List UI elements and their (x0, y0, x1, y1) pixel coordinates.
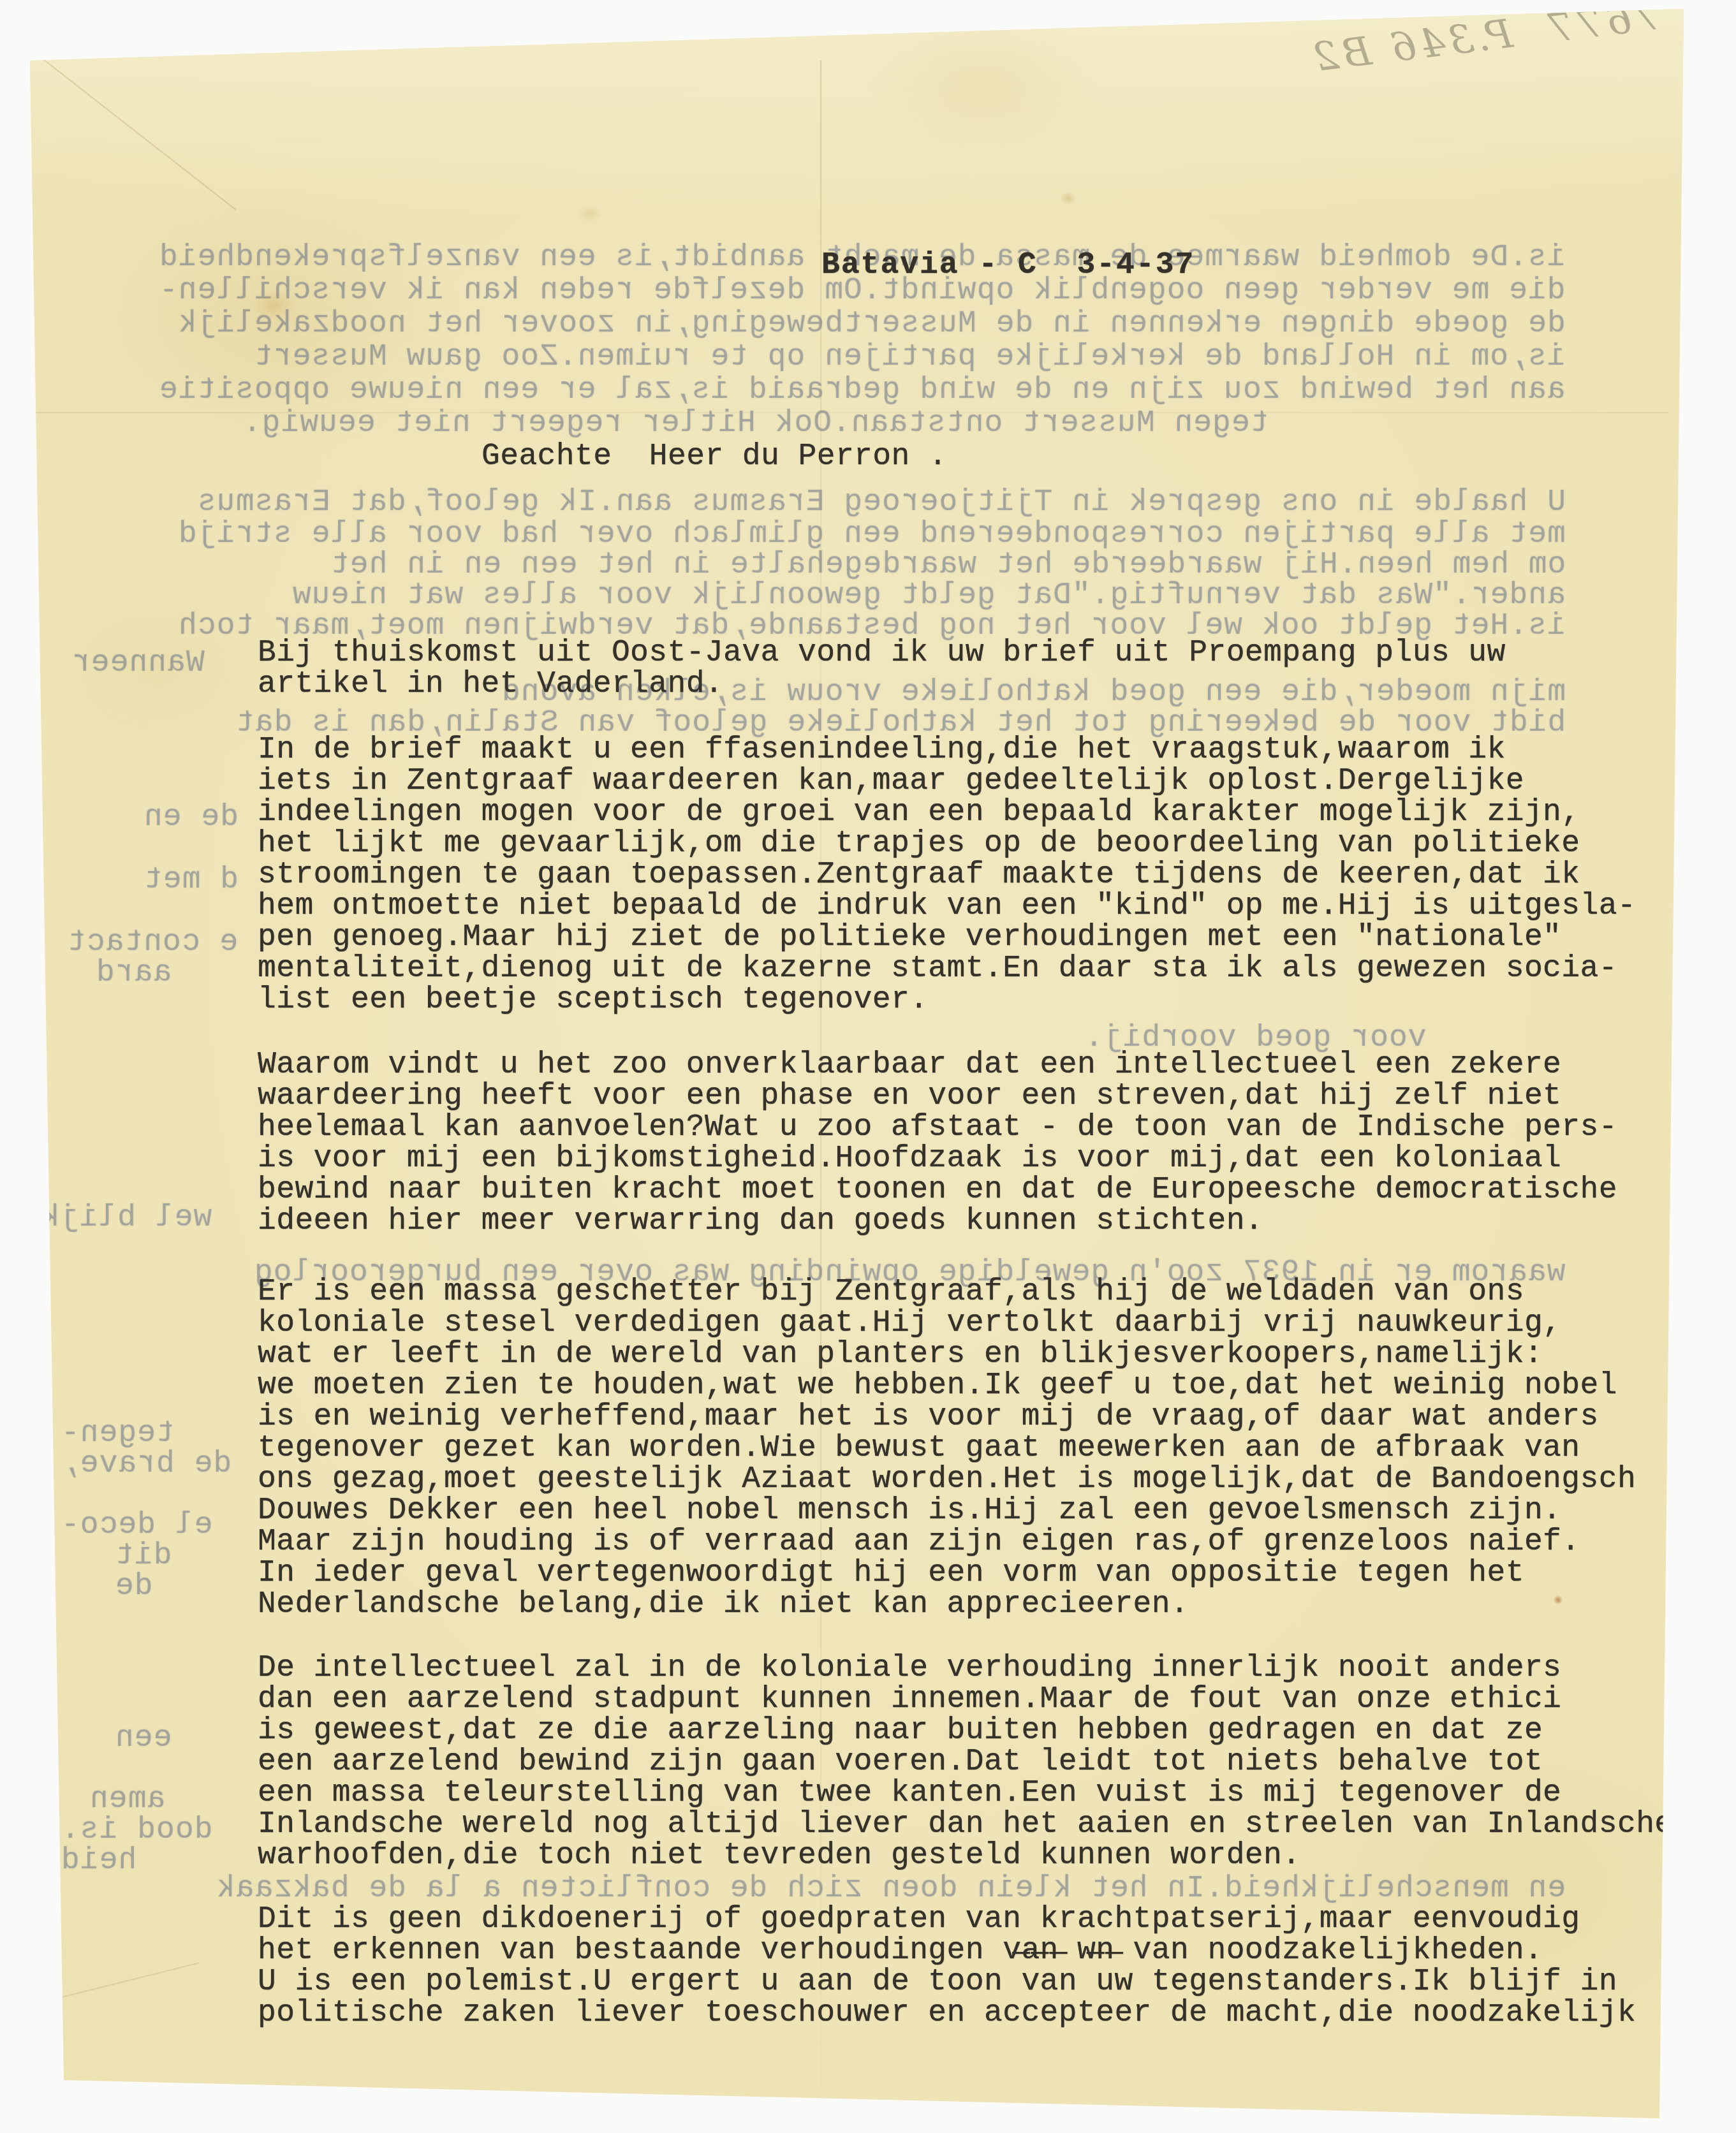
bleedthrough-fragment: dood is. (61, 1815, 212, 1846)
typewritten-line: het lijkt me gevaarlijk,om die trapjes o… (258, 828, 1636, 860)
typewritten-line: ons gezag,moet geestelijk Aziaat worden.… (258, 1464, 1636, 1495)
bleedthrough-fragment: d met (143, 865, 239, 896)
bleedthrough-fragment: tegen Mussert ontstaan.Ook Hitler regeer… (242, 408, 1269, 439)
typewritten-line: heelemaal kan aanvoelen?Wat u zoo afstaa… (258, 1112, 1617, 1143)
typewritten-line: indeelingen mogen voor de groei van een … (258, 797, 1636, 828)
paper-crease-bottom (38, 1962, 200, 2004)
dateline: Batavia - C 3-4-37 (821, 250, 1195, 281)
bleedthrough-line: en menschelijkheid.In het klein doen zic… (216, 1873, 1566, 1905)
typewritten-line: waardeering heeft voor een phase en voor… (258, 1081, 1617, 1112)
bleedthrough-fragment: Wanneer (71, 648, 205, 679)
paper-stain (1060, 191, 1077, 205)
bleedthrough-fragment: de (115, 1571, 153, 1602)
letter-paragraph: Waarom vindt u het zoo onverklaarbaar da… (258, 1050, 1617, 1237)
bleedthrough-fragment: amen (89, 1784, 165, 1815)
letter-paragraph: Er is een massa geschetter bij Zentgraaf… (258, 1277, 1636, 1620)
typewritten-line: warhoofden,die toch niet tevreden gestel… (258, 1840, 1673, 1872)
letter-paragraph: Bij thuiskomst uit Oost-Java vond ik uw … (258, 638, 1506, 700)
typewritten-line: De intellectueel zal in de koloniale ver… (258, 1653, 1673, 1684)
typewritten-line: Waarom vindt u het zoo onverklaarbaar da… (258, 1050, 1617, 1081)
typewritten-line: ideeen hier meer verwarring dan goeds ku… (258, 1206, 1617, 1237)
typewritten-line: In ieder geval vertegenwoordigt hij een … (258, 1558, 1636, 1589)
typewritten-line: Douwes Dekker een heel nobel mensch is.H… (258, 1495, 1636, 1527)
bleedthrough-fragment: el deco- (61, 1510, 212, 1541)
bleedthrough-line: met alle partijen correspondeerend een g… (178, 519, 1566, 550)
typewritten-line: dan een aarzelend stadpunt kunnen inneme… (258, 1684, 1673, 1715)
letter-page: is.De domheid waarmee de massa de macht … (0, 0, 1736, 2133)
typewritten-line: Maar zijn houding is of verraad aan zijn… (258, 1527, 1636, 1558)
typewritten-line: Bij thuiskomst uit Oost-Java vond ik uw … (258, 638, 1506, 669)
bleedthrough-fragment: de brave, (61, 1449, 232, 1480)
typewritten-line: een aarzelend bewind zijn gaan voeren.Da… (258, 1747, 1673, 1778)
typewritten-line: stroomingen te gaan toepassen.Zentgraaf … (258, 860, 1636, 891)
bleedthrough-line: de goede dingen erkennen in de Mussertbe… (178, 309, 1566, 340)
typewritten-line: U is een polemist.U ergert u aan de toon… (258, 1967, 1636, 1998)
typewritten-line: bewind naar buiten kracht moet toonen en… (258, 1175, 1617, 1206)
typewritten-line: het erkennen van bestaande verhoudingen … (258, 1935, 1636, 1967)
typewritten-line: koloniale stesel verdedigen gaat.Hij ver… (258, 1308, 1636, 1339)
typewritten-line: we moeten zien te houden,wat we hebben.I… (258, 1370, 1636, 1402)
typewritten-line: pen genoeg.Maar hij ziet de politieke ve… (258, 922, 1636, 953)
paper-stain (252, 290, 297, 321)
typewritten-line: is geweest,dat ze die aarzeling naar bui… (258, 1715, 1673, 1747)
bleedthrough-fragment: wel blijk (41, 1203, 212, 1234)
letter-paragraph: Dit is geen dikdoenerij of goedpraten va… (258, 1904, 1636, 2029)
typewritten-line: artikel in het Vaderland. (258, 669, 1506, 700)
paper-stain (577, 205, 603, 222)
typewritten-line: is en weinig verheffend,maar het is voor… (258, 1402, 1636, 1433)
typewritten-line: een massa teleurstelling van twee kanten… (258, 1778, 1673, 1809)
bleedthrough-line: is,om in Holland de kerkelijke partijen … (254, 342, 1566, 373)
typewritten-line: hem ontmoette niet bepaald de indruk van… (258, 891, 1636, 922)
bleedthrough-line: om hem heen.Hij waardeerde het waardegeh… (330, 550, 1566, 581)
typewritten-line: mentaliteit,dienog uit de kazerne stamt.… (258, 953, 1636, 985)
typewritten-line: politische zaken liever toeschouwer en a… (258, 1998, 1636, 2029)
paper-crease-horizontal (30, 412, 1669, 413)
typewritten-line: Er is een massa geschetter bij Zentgraaf… (258, 1277, 1636, 1308)
bleedthrough-fragment: aard (96, 958, 172, 989)
typewritten-line: is voor mij een bijkomstigheid.Hoofdzaak… (258, 1143, 1617, 1175)
paper-crease-corner (25, 45, 237, 210)
typewritten-line: In de brief maakt u een ffasenindeeling,… (258, 735, 1636, 766)
typewritten-line: list een beetje sceptisch tegenover. (258, 985, 1636, 1016)
letter-paragraph: In de brief maakt u een ffasenindeeling,… (258, 735, 1636, 1016)
pencil-archival-mark: 7677 P.346 B2 (1252, 0, 1663, 88)
bleedthrough-fragment: e contact (67, 927, 238, 958)
typewritten-line: Inlandsche wereld nog altijd liever dan … (258, 1809, 1673, 1840)
bleedthrough-fragment: tegen- (61, 1418, 175, 1449)
letter-paragraph: De intellectueel zal in de koloniale ver… (258, 1653, 1673, 1872)
typewritten-line: Dit is geen dikdoenerij of goedpraten va… (258, 1904, 1636, 1935)
bleedthrough-fragment: dit (115, 1541, 172, 1572)
bleedthrough-fragment: een (115, 1723, 172, 1754)
bleedthrough-line: U haalde in ons gesprek in Tjitjoeroeg E… (197, 487, 1566, 518)
typewritten-line: tegenover gezet kan worden.Wie bewust ga… (258, 1433, 1636, 1464)
bleedthrough-fragment: heid (61, 1845, 136, 1877)
salutation: Geachte Heer du Perron . (482, 441, 947, 473)
typewritten-line: iets in Zentgraaf waardeeren kan,maar ge… (258, 766, 1636, 797)
typewritten-line: wat er leeft in de wereld van planters e… (258, 1339, 1636, 1370)
typewritten-line: Nederlandsche belang,die ik niet kan app… (258, 1589, 1636, 1620)
bleedthrough-line: aan het bewind zou zijn en de wind gedra… (159, 375, 1566, 406)
bleedthrough-fragment: de en (143, 802, 239, 833)
bleedthrough-line: ander."Was dat vernuftig."Dat geldt gewo… (292, 580, 1566, 612)
